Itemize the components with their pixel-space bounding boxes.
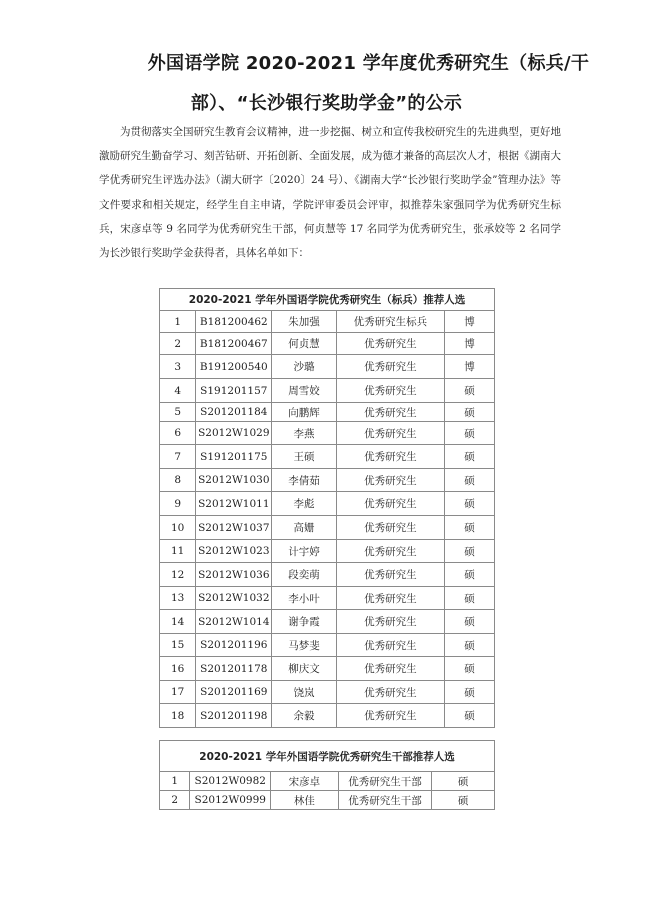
table-row: 15S201201196马梦斐优秀研究生硕 <box>160 634 495 657</box>
degree-level-cell: 博 <box>445 333 495 355</box>
award-type-cell: 优秀研究生干部 <box>338 791 432 810</box>
student-name-cell: 李倩茹 <box>272 469 337 492</box>
table-row: 8S2012W1030李倩茹优秀研究生硕 <box>160 469 495 492</box>
student-id-cell: S201201178 <box>196 657 272 681</box>
table-row: 7S191201175王硕优秀研究生硕 <box>160 445 495 469</box>
outstanding-graduate-table: 2020-2021 学年外国语学院优秀研究生（标兵）推荐人选 1B1812004… <box>159 288 495 728</box>
row-number-cell: 1 <box>160 772 190 791</box>
student-name-cell: 何贞慧 <box>272 333 337 355</box>
table-row: 16S201201178柳庆文优秀研究生硕 <box>160 657 495 681</box>
student-id-cell: S2012W1037 <box>196 516 272 540</box>
student-id-cell: S201201184 <box>196 403 272 422</box>
student-id-cell: S201201196 <box>196 634 272 657</box>
student-id-cell: S201201198 <box>196 704 272 728</box>
intro-paragraph-text: 为贯彻落实全国研究生教育会议精神，进一步挖掘、树立和宣传我校研究生的先进典型，更… <box>99 126 561 259</box>
row-number-cell: 18 <box>160 704 196 728</box>
student-id-cell: S191201157 <box>196 379 272 403</box>
student-id-cell: S201201169 <box>196 681 272 704</box>
row-number-cell: 7 <box>160 445 196 469</box>
row-number-cell: 6 <box>160 422 196 445</box>
award-type-cell: 优秀研究生 <box>336 587 444 610</box>
student-id-cell: S2012W0982 <box>190 772 271 791</box>
degree-level-cell: 硕 <box>432 791 495 810</box>
table-row: 1S2012W0982宋彦卓优秀研究生干部硕 <box>160 772 495 791</box>
row-number-cell: 2 <box>160 333 196 355</box>
table-caption-row: 2020-2021 学年外国语学院优秀研究生干部推荐人选 <box>160 741 495 772</box>
table-row: 2B181200467何贞慧优秀研究生博 <box>160 333 495 355</box>
row-number-cell: 15 <box>160 634 196 657</box>
student-name-cell: 马梦斐 <box>272 634 337 657</box>
table-row: 4S191201157周雪姣优秀研究生硕 <box>160 379 495 403</box>
table-row: 12S2012W1036段奕萌优秀研究生硕 <box>160 563 495 587</box>
student-id-cell: S2012W1030 <box>196 469 272 492</box>
table-row: 17S201201169饶岚优秀研究生硕 <box>160 681 495 704</box>
intro-paragraph: 为贯彻落实全国研究生教育会议精神，进一步挖掘、树立和宣传我校研究生的先进典型，更… <box>99 120 561 265</box>
degree-level-cell: 硕 <box>445 610 495 634</box>
student-id-cell: S2012W1036 <box>196 563 272 587</box>
award-type-cell: 优秀研究生 <box>336 403 444 422</box>
degree-level-cell: 硕 <box>445 704 495 728</box>
row-number-cell: 13 <box>160 587 196 610</box>
student-name-cell: 朱加强 <box>272 311 337 333</box>
degree-level-cell: 硕 <box>445 634 495 657</box>
student-id-cell: S2012W1011 <box>196 492 272 516</box>
award-type-cell: 优秀研究生 <box>336 634 444 657</box>
student-name-cell: 王硕 <box>272 445 337 469</box>
student-name-cell: 饶岚 <box>272 681 337 704</box>
student-id-cell: B191200540 <box>196 355 272 379</box>
degree-level-cell: 硕 <box>445 657 495 681</box>
document-title-line-1: 外国语学院 2020-2021 学年度优秀研究生（标兵/干 <box>42 49 653 75</box>
row-number-cell: 17 <box>160 681 196 704</box>
degree-level-cell: 硕 <box>445 681 495 704</box>
student-id-cell: B181200467 <box>196 333 272 355</box>
student-name-cell: 高姗 <box>272 516 337 540</box>
row-number-cell: 5 <box>160 403 196 422</box>
student-name-cell: 沙璐 <box>272 355 337 379</box>
row-number-cell: 4 <box>160 379 196 403</box>
award-type-cell: 优秀研究生 <box>336 445 444 469</box>
degree-level-cell: 硕 <box>445 445 495 469</box>
row-number-cell: 3 <box>160 355 196 379</box>
table-row: 13S2012W1032李小叶优秀研究生硕 <box>160 587 495 610</box>
student-name-cell: 计宇婷 <box>272 540 337 563</box>
table-row: 5S201201184向鹏辉优秀研究生硕 <box>160 403 495 422</box>
row-number-cell: 1 <box>160 311 196 333</box>
award-type-cell: 优秀研究生标兵 <box>336 311 444 333</box>
degree-level-cell: 硕 <box>445 403 495 422</box>
degree-level-cell: 硕 <box>445 563 495 587</box>
row-number-cell: 11 <box>160 540 196 563</box>
degree-level-cell: 硕 <box>445 587 495 610</box>
student-name-cell: 柳庆文 <box>272 657 337 681</box>
award-type-cell: 优秀研究生 <box>336 355 444 379</box>
student-name-cell: 谢争霞 <box>272 610 337 634</box>
award-type-cell: 优秀研究生 <box>336 469 444 492</box>
table-row: 10S2012W1037高姗优秀研究生硕 <box>160 516 495 540</box>
award-type-cell: 优秀研究生 <box>336 610 444 634</box>
row-number-cell: 14 <box>160 610 196 634</box>
student-id-cell: S2012W0999 <box>190 791 271 810</box>
student-name-cell: 宋彦卓 <box>271 772 338 791</box>
student-id-cell: S2012W1029 <box>196 422 272 445</box>
degree-level-cell: 硕 <box>432 772 495 791</box>
award-type-cell: 优秀研究生 <box>336 516 444 540</box>
student-name-cell: 李彪 <box>272 492 337 516</box>
student-name-cell: 李燕 <box>272 422 337 445</box>
table-caption: 2020-2021 学年外国语学院优秀研究生干部推荐人选 <box>160 741 495 772</box>
row-number-cell: 9 <box>160 492 196 516</box>
degree-level-cell: 博 <box>445 311 495 333</box>
table-row: 1B181200462朱加强优秀研究生标兵博 <box>160 311 495 333</box>
row-number-cell: 12 <box>160 563 196 587</box>
degree-level-cell: 硕 <box>445 516 495 540</box>
row-number-cell: 16 <box>160 657 196 681</box>
award-type-cell: 优秀研究生干部 <box>338 772 432 791</box>
award-type-cell: 优秀研究生 <box>336 492 444 516</box>
degree-level-cell: 硕 <box>445 469 495 492</box>
row-number-cell: 2 <box>160 791 190 810</box>
award-type-cell: 优秀研究生 <box>336 681 444 704</box>
student-name-cell: 周雪姣 <box>272 379 337 403</box>
table-row: 14S2012W1014谢争霞优秀研究生硕 <box>160 610 495 634</box>
table-row: 3B191200540沙璐优秀研究生博 <box>160 355 495 379</box>
table-row: 9S2012W1011李彪优秀研究生硕 <box>160 492 495 516</box>
award-type-cell: 优秀研究生 <box>336 563 444 587</box>
award-type-cell: 优秀研究生 <box>336 379 444 403</box>
student-name-cell: 余毅 <box>272 704 337 728</box>
student-name-cell: 段奕萌 <box>272 563 337 587</box>
table-caption-row: 2020-2021 学年外国语学院优秀研究生（标兵）推荐人选 <box>160 289 495 311</box>
student-id-cell: S2012W1023 <box>196 540 272 563</box>
table-caption: 2020-2021 学年外国语学院优秀研究生（标兵）推荐人选 <box>160 289 495 311</box>
table-row: 11S2012W1023计宇婷优秀研究生硕 <box>160 540 495 563</box>
student-id-cell: S191201175 <box>196 445 272 469</box>
award-type-cell: 优秀研究生 <box>336 540 444 563</box>
award-type-cell: 优秀研究生 <box>336 333 444 355</box>
table-row: 6S2012W1029李燕优秀研究生硕 <box>160 422 495 445</box>
row-number-cell: 10 <box>160 516 196 540</box>
degree-level-cell: 硕 <box>445 422 495 445</box>
award-type-cell: 优秀研究生 <box>336 657 444 681</box>
student-name-cell: 李小叶 <box>272 587 337 610</box>
award-type-cell: 优秀研究生 <box>336 422 444 445</box>
degree-level-cell: 硕 <box>445 492 495 516</box>
table-row: 2S2012W0999林佳优秀研究生干部硕 <box>160 791 495 810</box>
degree-level-cell: 博 <box>445 355 495 379</box>
table-row: 18S201201198余毅优秀研究生硕 <box>160 704 495 728</box>
student-id-cell: B181200462 <box>196 311 272 333</box>
document-title-line-2: 部）、“长沙银行奖助学金”的公示 <box>0 89 653 115</box>
row-number-cell: 8 <box>160 469 196 492</box>
student-id-cell: S2012W1032 <box>196 587 272 610</box>
degree-level-cell: 硕 <box>445 379 495 403</box>
student-name-cell: 向鹏辉 <box>272 403 337 422</box>
student-name-cell: 林佳 <box>271 791 338 810</box>
award-type-cell: 优秀研究生 <box>336 704 444 728</box>
degree-level-cell: 硕 <box>445 540 495 563</box>
student-id-cell: S2012W1014 <box>196 610 272 634</box>
graduate-cadre-table: 2020-2021 学年外国语学院优秀研究生干部推荐人选 1S2012W0982… <box>159 740 495 810</box>
